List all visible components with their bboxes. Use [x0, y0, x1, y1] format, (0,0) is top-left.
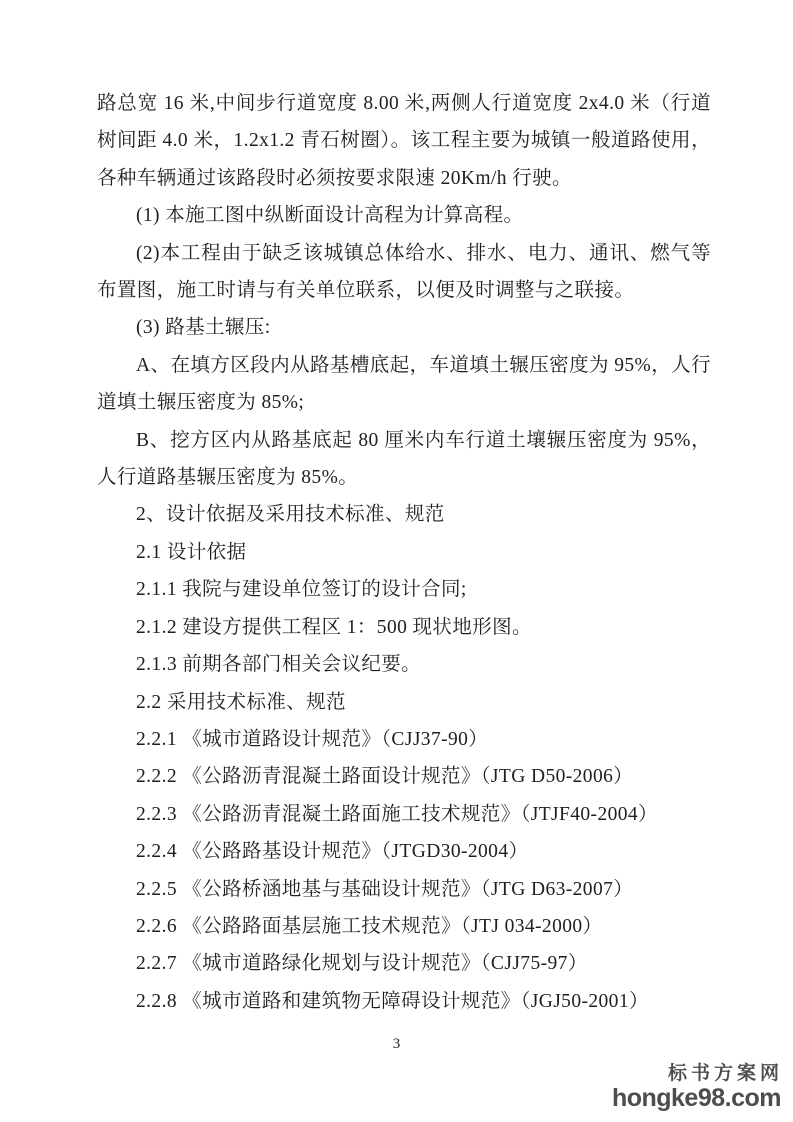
paragraph: 2.2.4 《公路路基设计规范》（JTGD30-2004）	[97, 833, 711, 870]
paragraph: 2.1.2 建设方提供工程区 1：500 现状地形图。	[97, 609, 711, 646]
paragraph: 2.1.1 我院与建设单位签订的设计合同;	[97, 571, 711, 608]
paragraph: A、在填方区段内从路基槽底起，车道填土辗压密度为 95%，人行道填土辗压密度为 …	[97, 347, 711, 422]
paragraph: 2.2.1 《城市道路设计规范》（CJJ37-90）	[97, 721, 711, 758]
watermark-site-url: hongke98.com	[612, 1085, 781, 1111]
watermark: 标书方案网 hongke98.com	[612, 1063, 781, 1111]
watermark-site-name: 标书方案网	[612, 1063, 783, 1085]
document-page: 路总宽 16 米,中间步行道宽度 8.00 米,两侧人行道宽度 2x4.0 米（…	[0, 0, 793, 1122]
paragraph: 路总宽 16 米,中间步行道宽度 8.00 米,两侧人行道宽度 2x4.0 米（…	[97, 85, 711, 197]
paragraph: (3) 路基土辗压:	[97, 309, 711, 346]
paragraph: 2.2.2 《公路沥青混凝土路面设计规范》（JTG D50-2006）	[97, 758, 711, 795]
paragraph: 2.2.5 《公路桥涵地基与基础设计规范》（JTG D63-2007）	[97, 871, 711, 908]
page-number: 3	[0, 1036, 793, 1053]
paragraph: 2.2.7 《城市道路绿化规划与设计规范》（CJJ75-97）	[97, 945, 711, 982]
paragraph: 2.2 采用技术标准、规范	[97, 684, 711, 721]
paragraph: (2)本工程由于缺乏该城镇总体给水、排水、电力、通讯、燃气等布置图，施工时请与有…	[97, 235, 711, 310]
paragraph: 2.1 设计依据	[97, 534, 711, 571]
paragraph: 2.2.6 《公路路面基层施工技术规范》（JTJ 034-2000）	[97, 908, 711, 945]
paragraph: 2、设计依据及采用技术标准、规范	[97, 496, 711, 533]
paragraph: 2.2.3 《公路沥青混凝土路面施工技术规范》（JTJF40-2004）	[97, 796, 711, 833]
paragraph: 2.2.8 《城市道路和建筑物无障碍设计规范》（JGJ50-2001）	[97, 983, 711, 1020]
document-body: 路总宽 16 米,中间步行道宽度 8.00 米,两侧人行道宽度 2x4.0 米（…	[97, 85, 711, 1020]
paragraph: (1) 本施工图中纵断面设计高程为计算高程。	[97, 197, 711, 234]
paragraph: 2.1.3 前期各部门相关会议纪要。	[97, 646, 711, 683]
paragraph: B、挖方区内从路基底起 80 厘米内车行道土壤辗压密度为 95%，人行道路基辗压…	[97, 422, 711, 497]
